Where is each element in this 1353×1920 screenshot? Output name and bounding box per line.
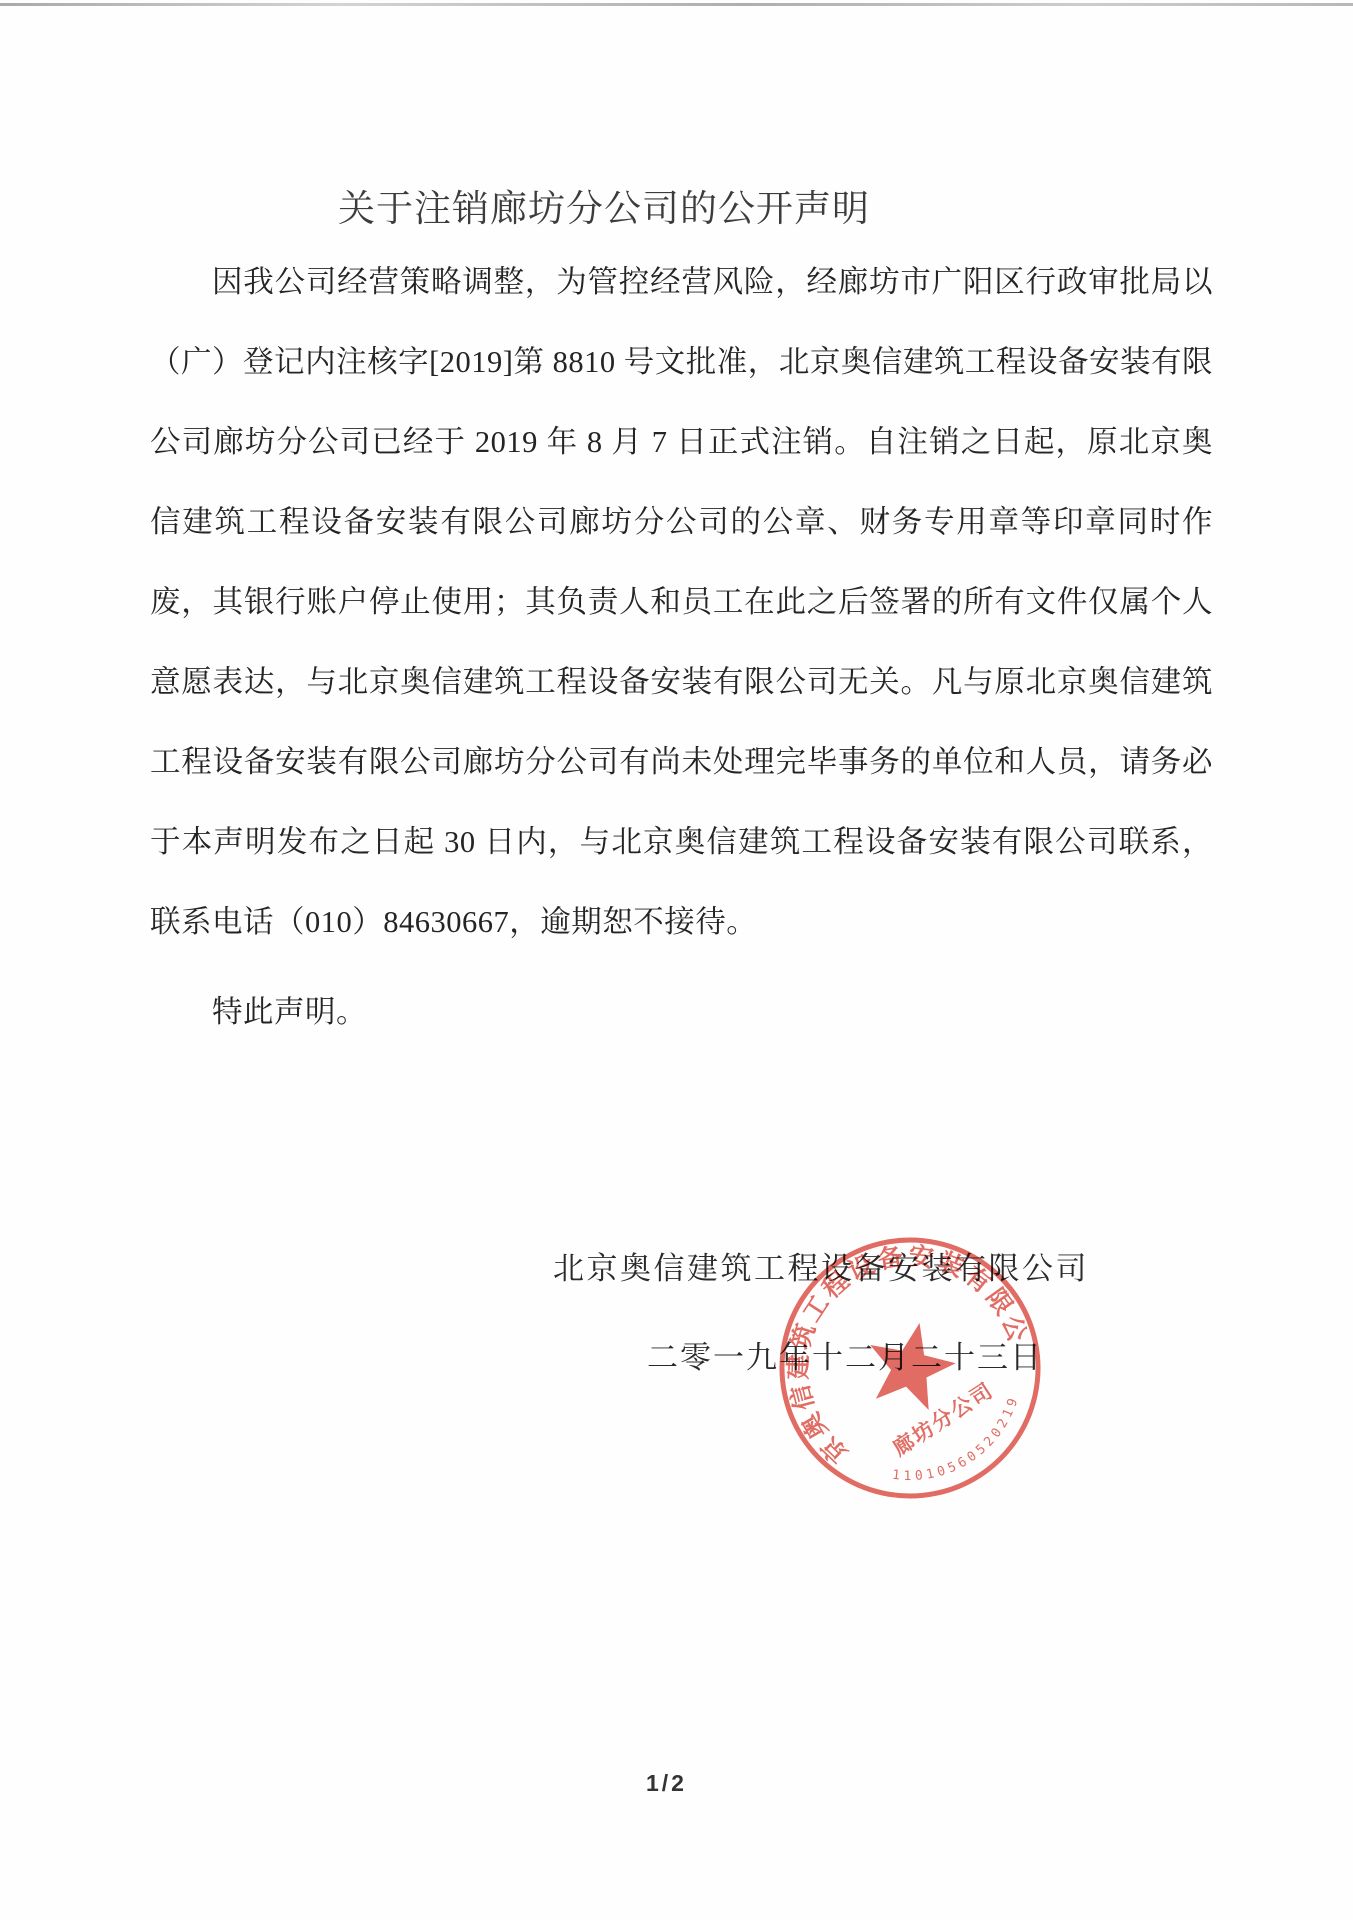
company-seal-stamp: 北京奥信建筑工程设备安装有限公司 11010560520219 廊坊分公司 <box>760 1218 1060 1518</box>
seal-star-icon <box>860 1314 963 1414</box>
closing-statement: 特此声明。 <box>150 972 1213 1052</box>
document-page: 关于注销廊坊分公司的公开声明 因我公司经营策略调整，为管控经营风险，经廊坊市广阳… <box>0 0 1353 1920</box>
main-paragraph: 因我公司经营策略调整，为管控经营风险，经廊坊市广阳区行政审批局以（广）登记内注核… <box>150 242 1213 962</box>
scan-edge-artifact <box>0 3 1353 6</box>
document-title: 关于注销廊坊分公司的公开声明 <box>338 178 870 232</box>
page-number: 1/2 <box>0 1770 1343 1797</box>
document-body: 因我公司经营策略调整，为管控经营风险，经廊坊市广阳区行政审批局以（广）登记内注核… <box>150 242 1213 1052</box>
